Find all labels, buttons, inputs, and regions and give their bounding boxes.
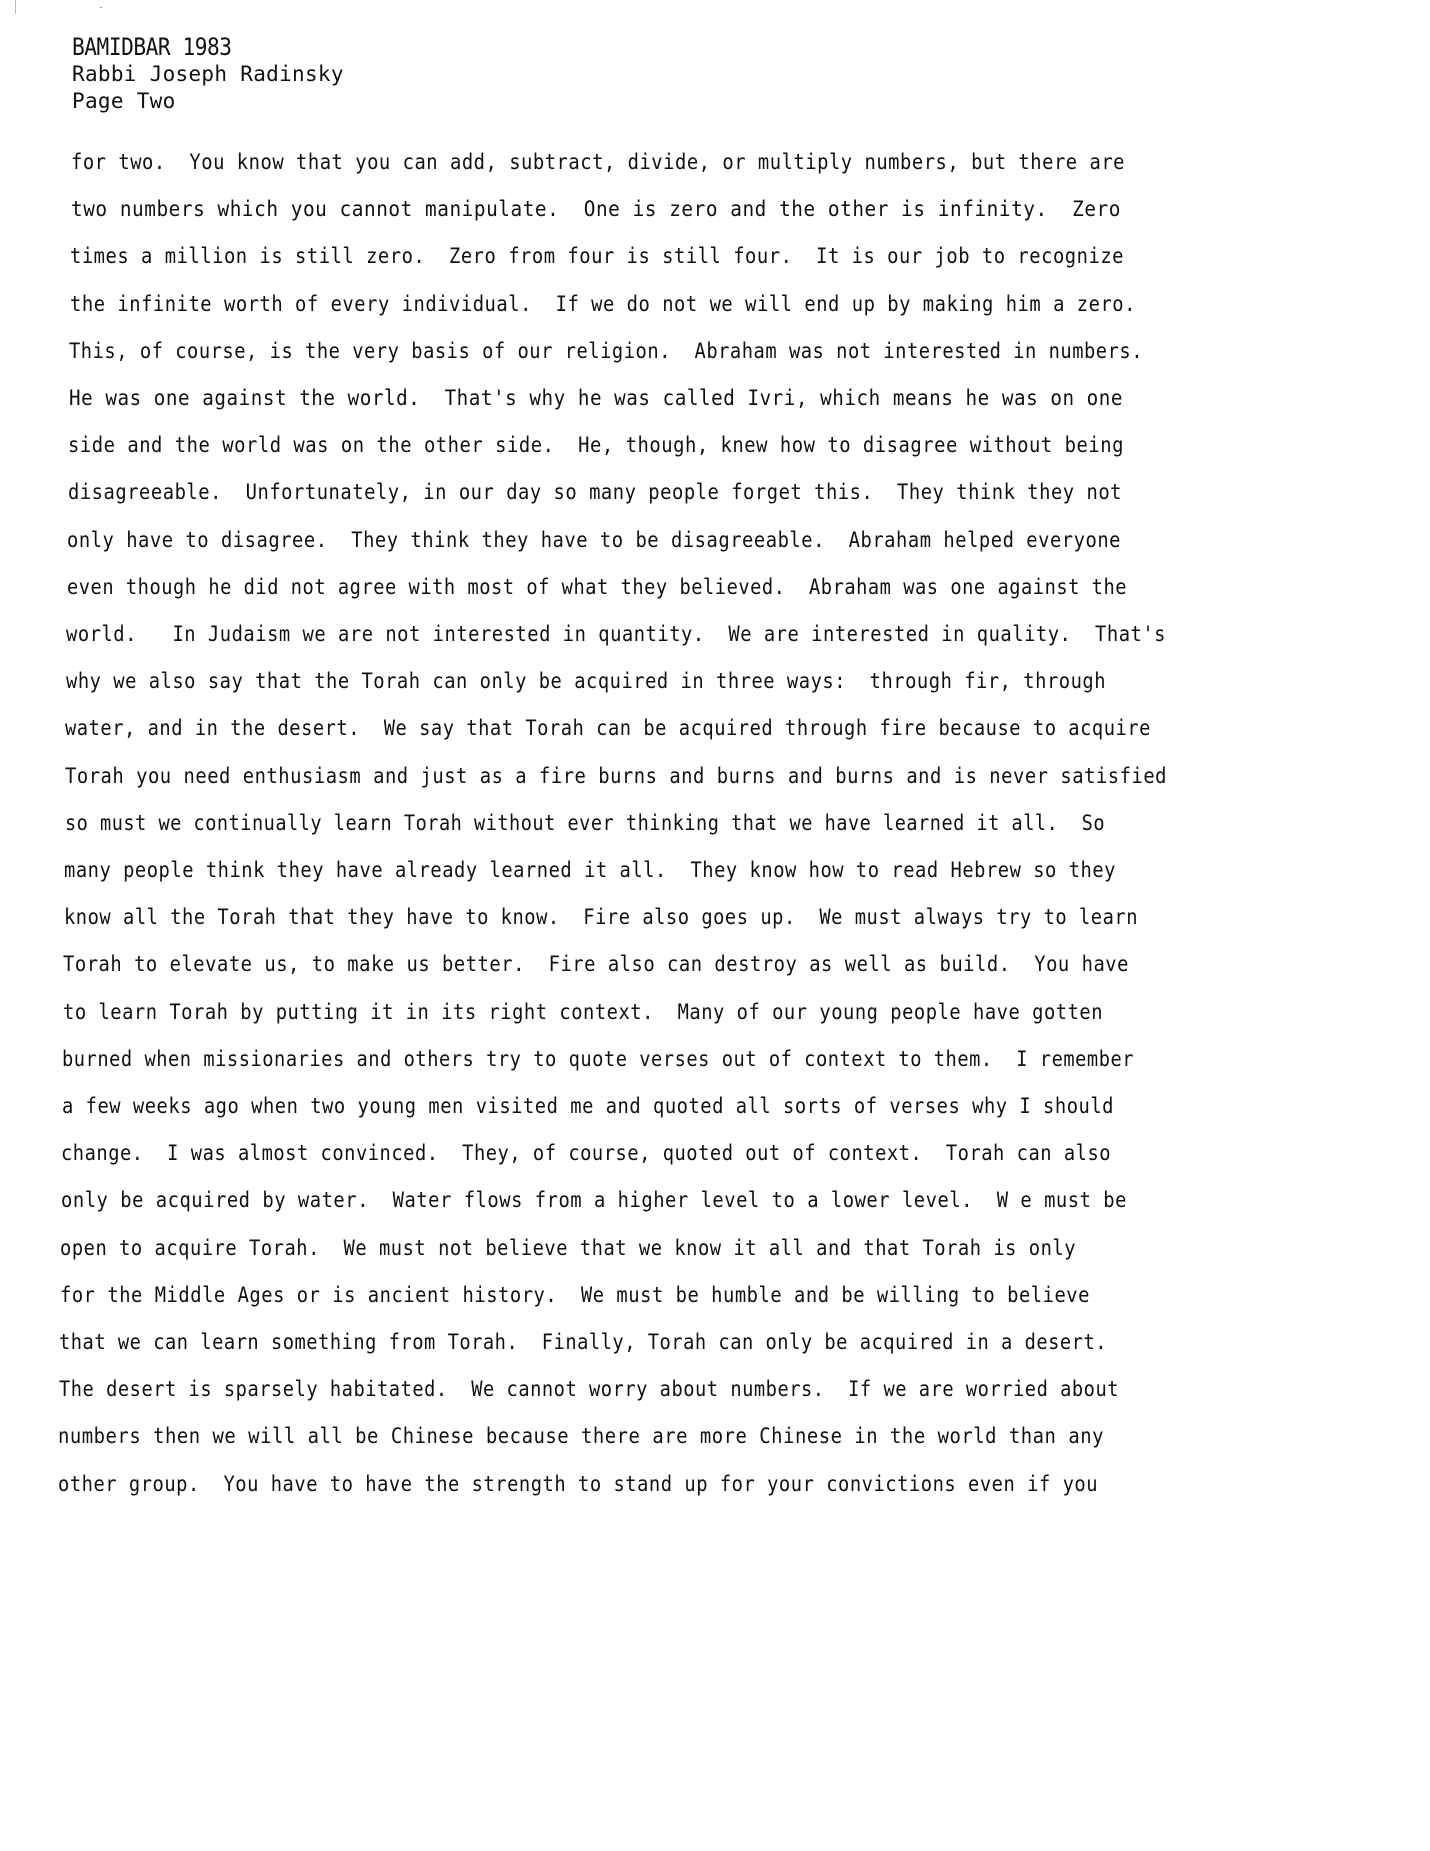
scan-speck — [100, 7, 102, 8]
text-line: This, of course, is the very basis of ou… — [69, 339, 1143, 365]
text-line: a few weeks ago when two young men visit… — [62, 1094, 1114, 1120]
text-line: even though he did not agree with most o… — [67, 575, 1127, 601]
text-line: open to acquire Torah. We must not belie… — [60, 1236, 1076, 1262]
text-line: so must we continually learn Torah witho… — [65, 811, 1105, 837]
text-line: why we also say that the Torah can only … — [66, 669, 1106, 695]
page-label: Page Two — [72, 88, 344, 115]
text-line: burned when missionaries and others try … — [62, 1047, 1134, 1073]
text-line: for the Middle Ages or is ancient histor… — [60, 1283, 1090, 1309]
text-line: water, and in the desert. We say that To… — [65, 716, 1151, 742]
scan-edge-mark — [15, 0, 16, 14]
text-line: The desert is sparsely habitated. We can… — [59, 1377, 1119, 1403]
text-line: only be acquired by water. Water flows f… — [61, 1188, 1127, 1214]
page-header: BAMIDBAR 1983 Rabbi Joseph Radinsky Page… — [72, 33, 344, 115]
text-line: He was one against the world. That's why… — [69, 386, 1123, 412]
text-line: many people think they have already lear… — [64, 858, 1116, 884]
text-line: world. In Judaism we are not interested … — [66, 622, 1166, 648]
text-line: numbers then we will all be Chinese beca… — [58, 1424, 1104, 1450]
document-page: BAMIDBAR 1983 Rabbi Joseph Radinsky Page… — [0, 0, 1430, 1851]
text-line: that we can learn something from Torah. … — [59, 1330, 1107, 1356]
text-line: two numbers which you cannot manipulate.… — [71, 197, 1121, 223]
text-line: side and the world was on the other side… — [68, 433, 1124, 459]
text-line: other group. You have to have the streng… — [58, 1472, 1098, 1498]
text-line: know all the Torah that they have to kno… — [64, 905, 1138, 931]
text-line: only have to disagree. They think they h… — [67, 528, 1121, 554]
text-line: change. I was almost convinced. They, of… — [61, 1141, 1111, 1167]
text-line: to learn Torah by putting it in its righ… — [63, 1000, 1103, 1026]
document-title: BAMIDBAR 1983 — [72, 33, 311, 61]
text-line: disagreeable. Unfortunately, in our day … — [68, 480, 1122, 506]
text-line: Torah you need enthusiasm and just as a … — [65, 764, 1167, 790]
text-line: times a million is still zero. Zero from… — [70, 244, 1124, 270]
text-line: for two. You know that you can add, subt… — [71, 150, 1125, 176]
text-line: the infinite worth of every individual. … — [70, 292, 1136, 318]
text-line: Torah to elevate us, to make us better. … — [63, 952, 1129, 978]
document-author: Rabbi Joseph Radinsky — [72, 61, 344, 88]
